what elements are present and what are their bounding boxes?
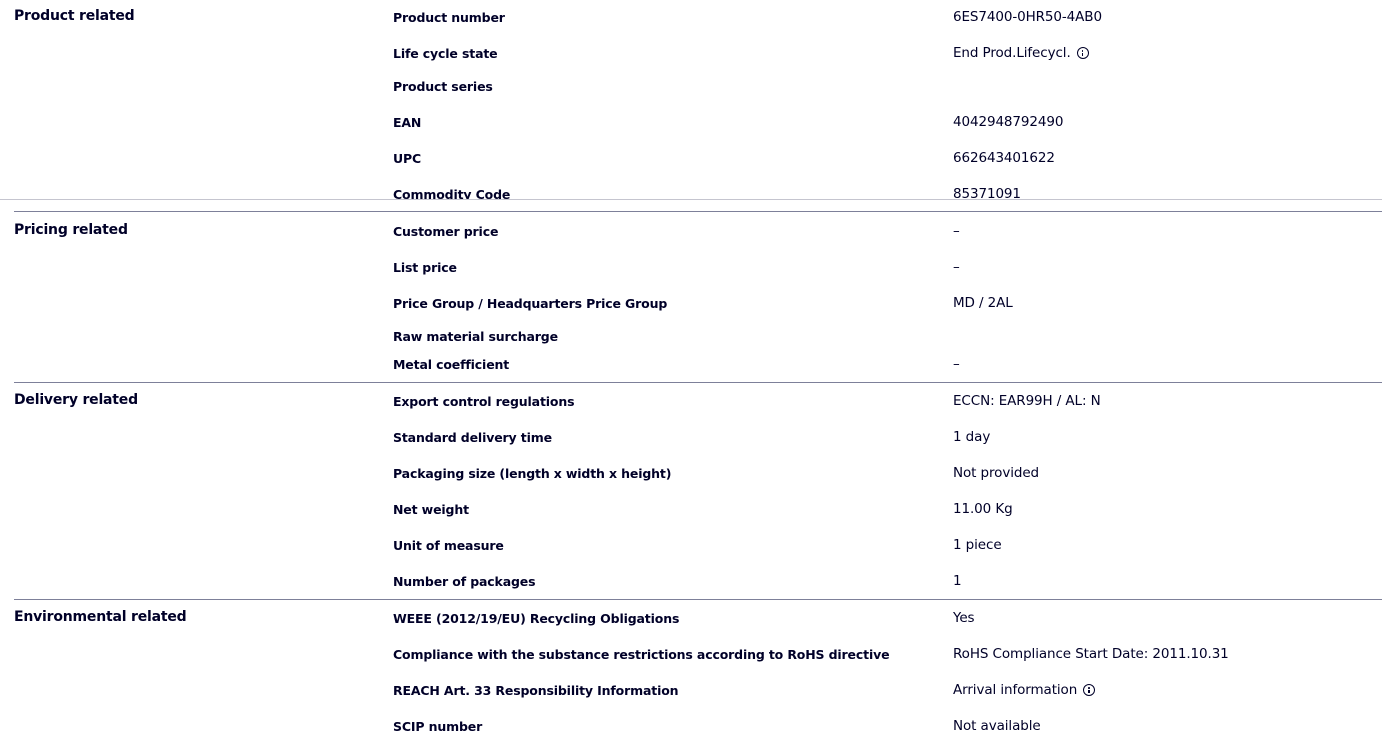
value-text: – xyxy=(953,356,960,372)
row-value: 1 xyxy=(953,573,962,589)
row-value: – xyxy=(953,223,960,239)
value-text: MD / 2AL xyxy=(953,295,1013,311)
row-label: Standard delivery time xyxy=(393,430,552,445)
row-label: Net weight xyxy=(393,502,469,517)
scroll-clip-cover xyxy=(0,200,1382,210)
row-label: Packaging size (length x width x height) xyxy=(393,466,671,481)
row-value: ECCN: EAR99H / AL: N xyxy=(953,393,1101,409)
row-label: Product number xyxy=(393,10,505,25)
row-label: Life cycle state xyxy=(393,46,498,61)
value-text: Not provided xyxy=(953,465,1039,481)
value-text: 1 day xyxy=(953,429,990,445)
row-raw-material-surcharge: Raw material surcharge xyxy=(0,329,1382,349)
row-value: 1 day xyxy=(953,429,990,445)
info-icon[interactable] xyxy=(1077,47,1089,59)
row-label: Price Group / Headquarters Price Group xyxy=(393,296,667,311)
row-metal-coefficient: Metal coefficient – xyxy=(0,357,1382,377)
row-label: SCIP number xyxy=(393,719,482,734)
product-details-page: Product related Product number 6ES7400-0… xyxy=(0,0,1382,743)
row-value: End Prod.Lifecycl. xyxy=(953,45,1089,61)
value-text: – xyxy=(953,259,960,275)
value-text: – xyxy=(953,223,960,239)
section-divider xyxy=(14,211,1382,212)
row-reach-art33: REACH Art. 33 Responsibility Information… xyxy=(0,683,1382,703)
row-label: Metal coefficient xyxy=(393,357,509,372)
row-number-of-packages: Number of packages 1 xyxy=(0,574,1382,594)
row-label: Customer price xyxy=(393,224,498,239)
row-value: – xyxy=(953,356,960,372)
row-product-series: Product series xyxy=(0,79,1382,99)
row-label: Export control regulations xyxy=(393,394,574,409)
row-value: MD / 2AL xyxy=(953,295,1013,311)
row-value: 6ES7400-0HR50-4AB0 xyxy=(953,9,1102,25)
row-value: Arrival information xyxy=(953,682,1095,698)
row-value: Not provided xyxy=(953,465,1039,481)
row-value: – xyxy=(953,259,960,275)
row-label: EAN xyxy=(393,115,421,130)
section-divider xyxy=(14,382,1382,383)
row-label: WEEE (2012/19/EU) Recycling Obligations xyxy=(393,611,679,626)
row-value: 1 piece xyxy=(953,537,1002,553)
info-icon[interactable] xyxy=(1083,684,1095,696)
value-text: Yes xyxy=(953,610,975,626)
row-label: Compliance with the substance restrictio… xyxy=(393,647,889,662)
row-scip-number: SCIP number Not available xyxy=(0,719,1382,739)
value-text: 1 piece xyxy=(953,537,1002,553)
value-text: ECCN: EAR99H / AL: N xyxy=(953,393,1101,409)
row-value: 662643401622 xyxy=(953,150,1055,166)
row-export-control: Export control regulations ECCN: EAR99H … xyxy=(0,394,1382,414)
row-unit-of-measure: Unit of measure 1 piece xyxy=(0,538,1382,558)
row-label: Product series xyxy=(393,79,493,94)
row-packaging-size: Packaging size (length x width x height)… xyxy=(0,466,1382,486)
row-upc: UPC 662643401622 xyxy=(0,151,1382,171)
value-text: Arrival information xyxy=(953,682,1077,698)
row-label: Raw material surcharge xyxy=(393,329,558,344)
value-text: 4042948792490 xyxy=(953,114,1063,130)
row-rohs-compliance: Compliance with the substance restrictio… xyxy=(0,647,1382,667)
value-text: 6ES7400-0HR50-4AB0 xyxy=(953,9,1102,25)
row-label: List price xyxy=(393,260,457,275)
row-value: 4042948792490 xyxy=(953,114,1063,130)
row-product-number: Product number 6ES7400-0HR50-4AB0 xyxy=(0,10,1382,30)
row-label: Number of packages xyxy=(393,574,535,589)
value-text: RoHS Compliance Start Date: 2011.10.31 xyxy=(953,646,1229,662)
value-text: End Prod.Lifecycl. xyxy=(953,45,1071,61)
value-text: 662643401622 xyxy=(953,150,1055,166)
row-label: REACH Art. 33 Responsibility Information xyxy=(393,683,678,698)
row-weee: WEEE (2012/19/EU) Recycling Obligations … xyxy=(0,611,1382,631)
row-value: 11.00 Kg xyxy=(953,501,1013,517)
row-label: UPC xyxy=(393,151,421,166)
value-text: Not available xyxy=(953,718,1041,734)
row-price-group: Price Group / Headquarters Price Group M… xyxy=(0,296,1382,316)
row-list-price: List price – xyxy=(0,260,1382,280)
row-ean: EAN 4042948792490 xyxy=(0,115,1382,135)
row-value: Yes xyxy=(953,610,975,626)
row-life-cycle-state: Life cycle state End Prod.Lifecycl. xyxy=(0,46,1382,66)
value-text: 1 xyxy=(953,573,962,589)
section-divider xyxy=(14,599,1382,600)
row-net-weight: Net weight 11.00 Kg xyxy=(0,502,1382,522)
row-customer-price: Customer price – xyxy=(0,224,1382,244)
row-value: Not available xyxy=(953,718,1041,734)
value-text: 11.00 Kg xyxy=(953,501,1013,517)
row-standard-delivery-time: Standard delivery time 1 day xyxy=(0,430,1382,450)
row-value: RoHS Compliance Start Date: 2011.10.31 xyxy=(953,646,1229,662)
row-label: Unit of measure xyxy=(393,538,504,553)
